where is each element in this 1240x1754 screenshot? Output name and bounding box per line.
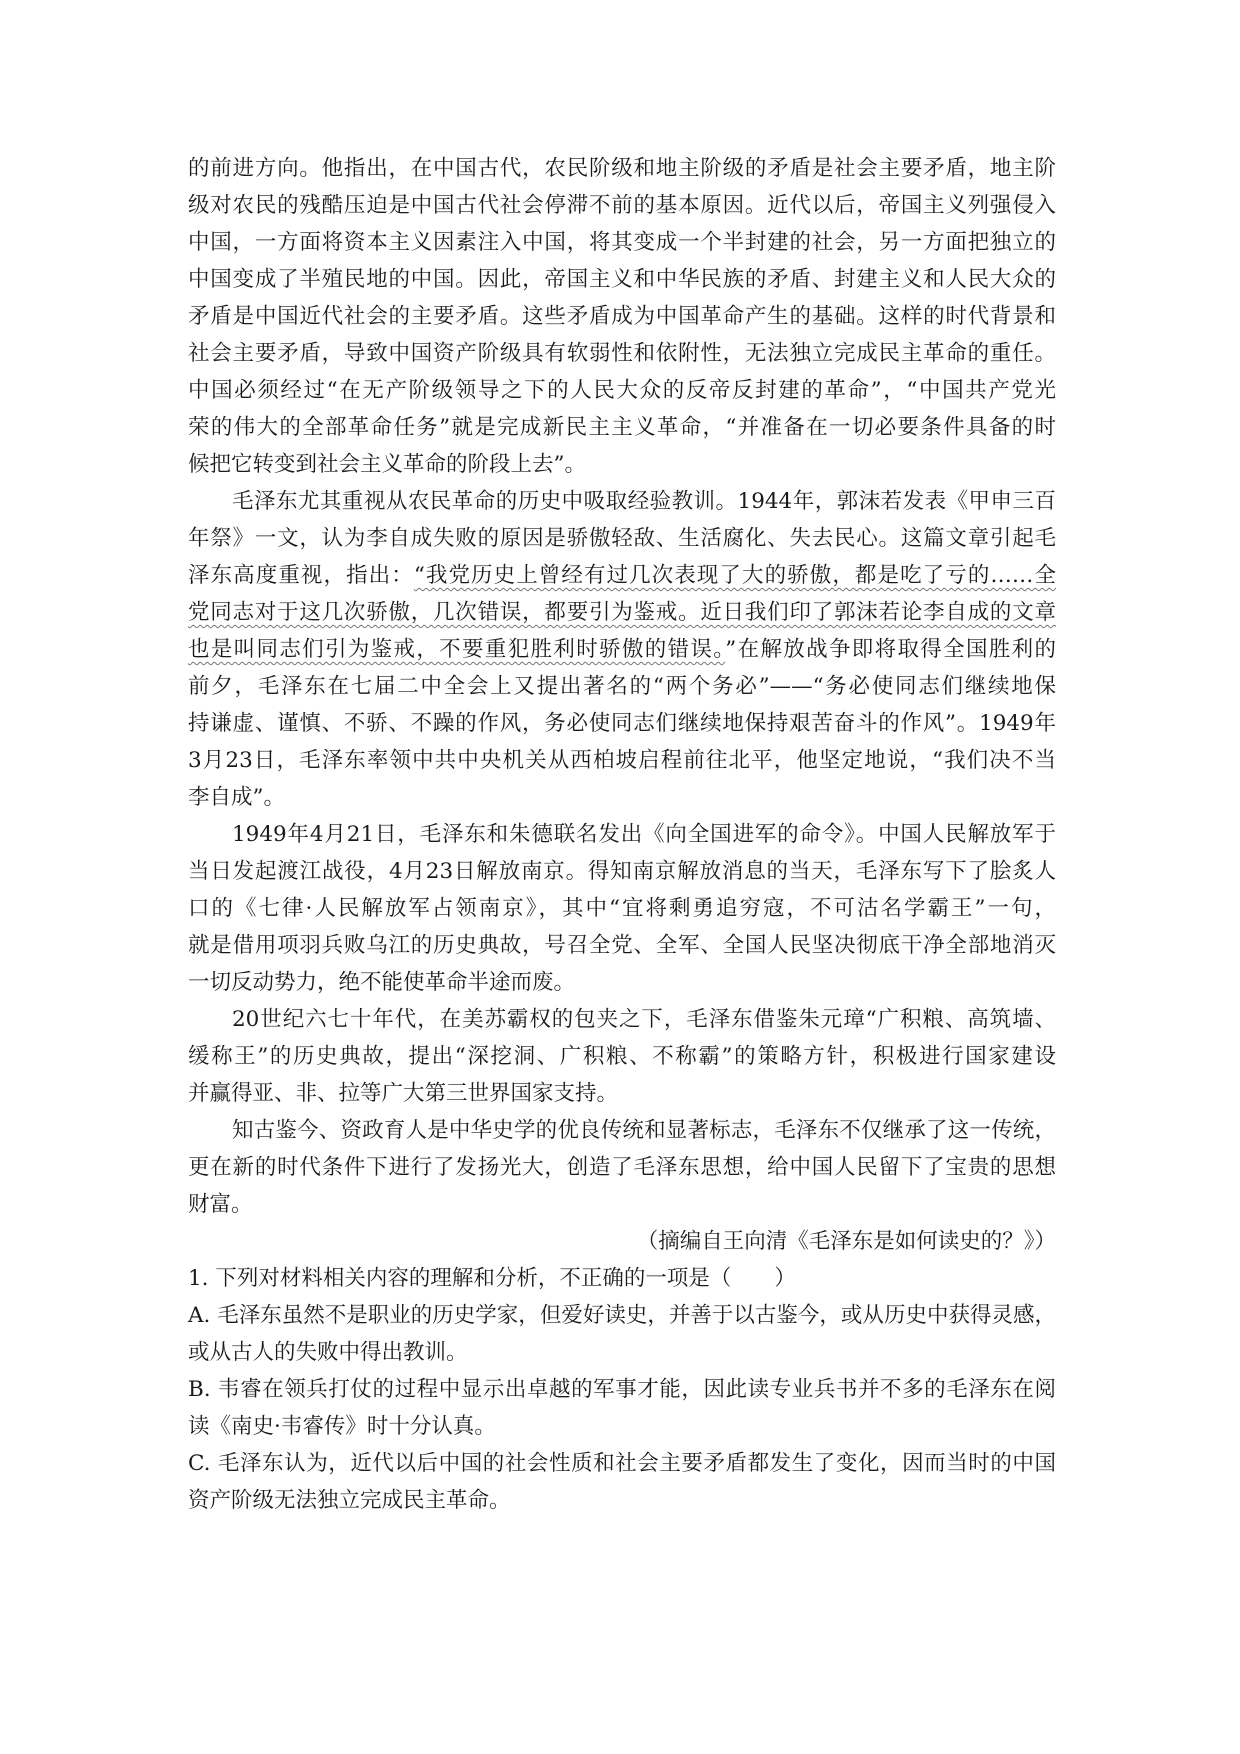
- document-page: 的前进方向。他指出，在中国古代，农民阶级和地主阶级的矛盾是社会主要矛盾，地主阶 …: [188, 150, 1068, 1519]
- option-text: 资产阶级无法独立完成民主革命。: [188, 1482, 1056, 1519]
- paragraph-2: 毛泽东尤其重视从农民革命的历史中吸取经验教训。1944年，郭沫若发表《甲申三百 …: [188, 483, 1068, 816]
- option-text: 或从古人的失败中得出教训。: [188, 1334, 1056, 1371]
- paragraph-1: 的前进方向。他指出，在中国古代，农民阶级和地主阶级的矛盾是社会主要矛盾，地主阶 …: [188, 150, 1068, 483]
- text-line: 社会主要矛盾，导致中国资产阶级具有软弱性和依附性，无法独立完成民主革命的重任。: [188, 335, 1056, 372]
- paragraph-4: 20世纪六七十年代，在美苏霸权的包夹之下，毛泽东借鉴朱元璋“广积粮、高筑墙、 缓…: [188, 1001, 1068, 1112]
- underlined-quote: “我党历史上曾经有过几次表现了大的骄傲，都是吃了亏的……全: [414, 563, 1056, 588]
- text-line: 更在新的时代条件下进行了发扬光大，创造了毛泽东思想，给中国人民留下了宝贵的思想: [188, 1149, 1056, 1186]
- paragraph-3: 1949年4月21日，毛泽东和朱德联名发出《向全国进军的命令》。中国人民解放军于…: [188, 816, 1068, 1001]
- text-line: 毛泽东尤其重视从农民革命的历史中吸取经验教训。1944年，郭沫若发表《甲申三百: [188, 483, 1056, 520]
- question-1: 1. 下列对材料相关内容的理解和分析，不正确的一项是（ ） A. 毛泽东虽然不是…: [188, 1260, 1068, 1519]
- text-line: 3月23日，毛泽东率领中共中央机关从西柏坡启程前往北平，他坚定地说，“我们决不当: [188, 742, 1056, 779]
- option-text: 读《南史·韦睿传》时十分认真。: [188, 1408, 1056, 1445]
- text-line: 并赢得亚、非、拉等广大第三世界国家支持。: [188, 1075, 1056, 1112]
- text-line: 中国必须经过“在无产阶级领导之下的人民大众的反帝反封建的革命”，“中国共产党光: [188, 372, 1056, 409]
- question-stem: 1. 下列对材料相关内容的理解和分析，不正确的一项是（ ）: [188, 1260, 1056, 1297]
- text-line: 中国变成了半殖民地的中国。因此，帝国主义和中华民族的矛盾、封建主义和人民大众的: [188, 261, 1056, 298]
- text-line: 就是借用项羽兵败乌江的历史典故，号召全党、全军、全国人民坚决彻底干净全部地消灭: [188, 927, 1056, 964]
- text-line: 持谦虚、谨慎、不骄、不躁的作风，务必使同志们继续地保持艰苦奋斗的作风”。1949…: [188, 705, 1056, 742]
- text-line: 1949年4月21日，毛泽东和朱德联名发出《向全国进军的命令》。中国人民解放军于: [188, 816, 1056, 853]
- text-line: 中国，一方面将资本主义因素注入中国，将其变成一个半封建的社会，另一方面把独立的: [188, 224, 1056, 261]
- text-line: 荣的伟大的全部革命任务”就是完成新民主主义革命，“并准备在一切必要条件具备的时: [188, 409, 1056, 446]
- text-line: 也是叫同志们引为鉴戒，不要重犯胜利时骄傲的错误。”在解放战争即将取得全国胜利的: [188, 631, 1056, 668]
- source-citation: （摘编自王向清《毛泽东是如何读史的？》）: [188, 1223, 1056, 1260]
- option-c[interactable]: C. 毛泽东认为，近代以后中国的社会性质和社会主要矛盾都发生了变化，因而当时的中…: [188, 1445, 1068, 1519]
- option-text: A. 毛泽东虽然不是职业的历史学家，但爱好读史，并善于以古鉴今，或从历史中获得灵…: [188, 1297, 1056, 1334]
- option-b[interactable]: B. 韦睿在领兵打仗的过程中显示出卓越的军事才能，因此读专业兵书并不多的毛泽东在…: [188, 1371, 1068, 1445]
- text-line: 矛盾是中国近代社会的主要矛盾。这些矛盾成为中国革命产生的基础。这样的时代背景和: [188, 298, 1056, 335]
- text-line: 前夕，毛泽东在七届二中全会上又提出著名的“两个务必”——“务必使同志们继续地保: [188, 668, 1056, 705]
- text-line: 口的《七律·人民解放军占领南京》，其中“宜将剩勇追穷寇，不可沽名学霸王”一句，: [188, 890, 1056, 927]
- text-line: 党同志对于这几次骄傲，几次错误，都要引为鉴戒。近日我们印了郭沫若论李自成的文章: [188, 594, 1056, 631]
- text-line: 年祭》一文，认为李自成失败的原因是骄傲轻敌、生活腐化、失去民心。这篇文章引起毛: [188, 520, 1056, 557]
- text-line: 缓称王”的历史典故，提出“深挖洞、广积粮、不称霸”的策略方针，积极进行国家建设: [188, 1038, 1056, 1075]
- text-line: 候把它转变到社会主义革命的阶段上去”。: [188, 446, 1056, 483]
- plain-text: 泽东高度重视，指出：: [188, 563, 414, 588]
- text-line: 级对农民的残酷压迫是中国古代社会停滞不前的基本原因。近代以后，帝国主义列强侵入: [188, 187, 1056, 224]
- text-line: 20世纪六七十年代，在美苏霸权的包夹之下，毛泽东借鉴朱元璋“广积粮、高筑墙、: [188, 1001, 1056, 1038]
- underlined-quote: 也是叫同志们引为鉴戒，不要重犯胜利时骄傲的错误。: [188, 637, 725, 662]
- option-a[interactable]: A. 毛泽东虽然不是职业的历史学家，但爱好读史，并善于以古鉴今，或从历史中获得灵…: [188, 1297, 1068, 1371]
- option-text: B. 韦睿在领兵打仗的过程中显示出卓越的军事才能，因此读专业兵书并不多的毛泽东在…: [188, 1371, 1056, 1408]
- text-line: 的前进方向。他指出，在中国古代，农民阶级和地主阶级的矛盾是社会主要矛盾，地主阶: [188, 150, 1056, 187]
- plain-text: ”在解放战争即将取得全国胜利的: [725, 637, 1056, 662]
- option-text: C. 毛泽东认为，近代以后中国的社会性质和社会主要矛盾都发生了变化，因而当时的中…: [188, 1445, 1056, 1482]
- paragraph-5: 知古鉴今、资政育人是中华史学的优良传统和显著标志，毛泽东不仅继承了这一传统， 更…: [188, 1112, 1068, 1223]
- text-line: 一切反动势力，绝不能使革命半途而废。: [188, 964, 1056, 1001]
- text-line: 当日发起渡江战役，4月23日解放南京。得知南京解放消息的当天，毛泽东写下了脍炙人: [188, 853, 1056, 890]
- underlined-quote: 党同志对于这几次骄傲，几次错误，都要引为鉴戒。近日我们印了郭沫若论李自成的文章: [188, 600, 1056, 625]
- text-line: 财富。: [188, 1186, 1056, 1223]
- text-line: 泽东高度重视，指出：“我党历史上曾经有过几次表现了大的骄傲，都是吃了亏的……全: [188, 557, 1056, 594]
- text-line: 李自成”。: [188, 779, 1056, 816]
- text-line: 知古鉴今、资政育人是中华史学的优良传统和显著标志，毛泽东不仅继承了这一传统，: [188, 1112, 1056, 1149]
